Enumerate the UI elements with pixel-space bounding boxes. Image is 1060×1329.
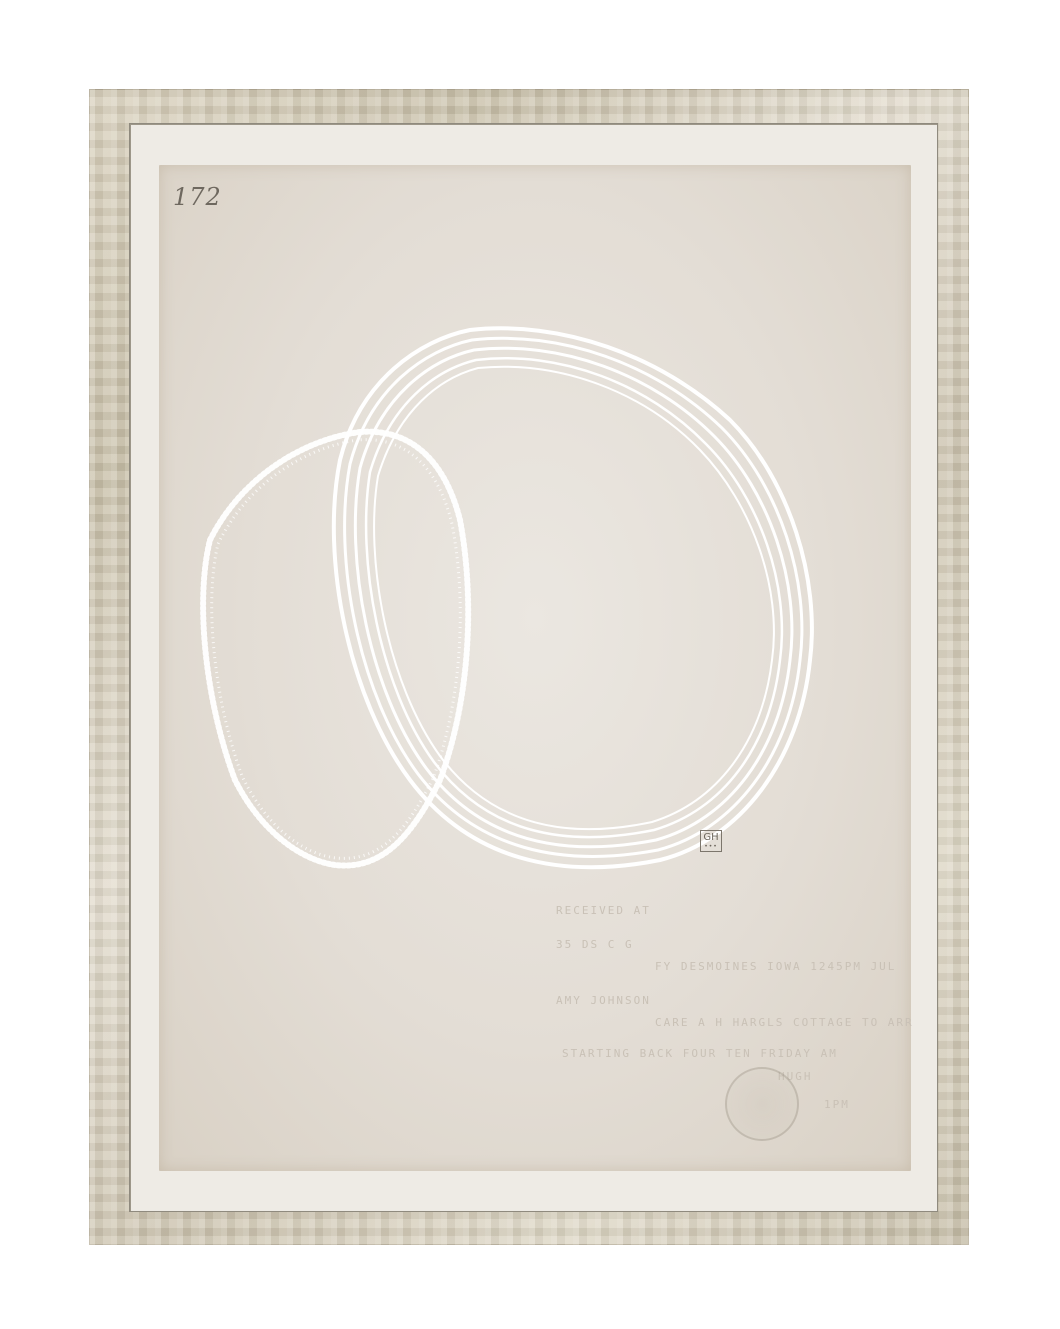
telegram-line: STARTING BACK FOUR TEN FRIDAY AM <box>562 1047 838 1060</box>
artist-monogram: GH ••• <box>700 830 722 852</box>
telegram-line: 1PM <box>824 1098 850 1111</box>
telegram-line: RECEIVED AT <box>556 904 651 917</box>
abstract-line-art <box>0 0 1060 1329</box>
multi-line-ring <box>334 328 812 867</box>
telegram-line: AMY JOHNSON <box>556 994 651 1007</box>
telegram-line: 35 DS C G <box>556 938 634 951</box>
telegram-line: CARE A H HARGLS COTTAGE TO ARR <box>655 1016 914 1029</box>
monogram-letters: GH <box>703 832 718 843</box>
postmark-stamp <box>725 1067 799 1141</box>
telegram-line: FY DESMOINES IOWA 1245PM JUL <box>655 960 896 973</box>
monogram-dots: ••• <box>701 844 721 850</box>
